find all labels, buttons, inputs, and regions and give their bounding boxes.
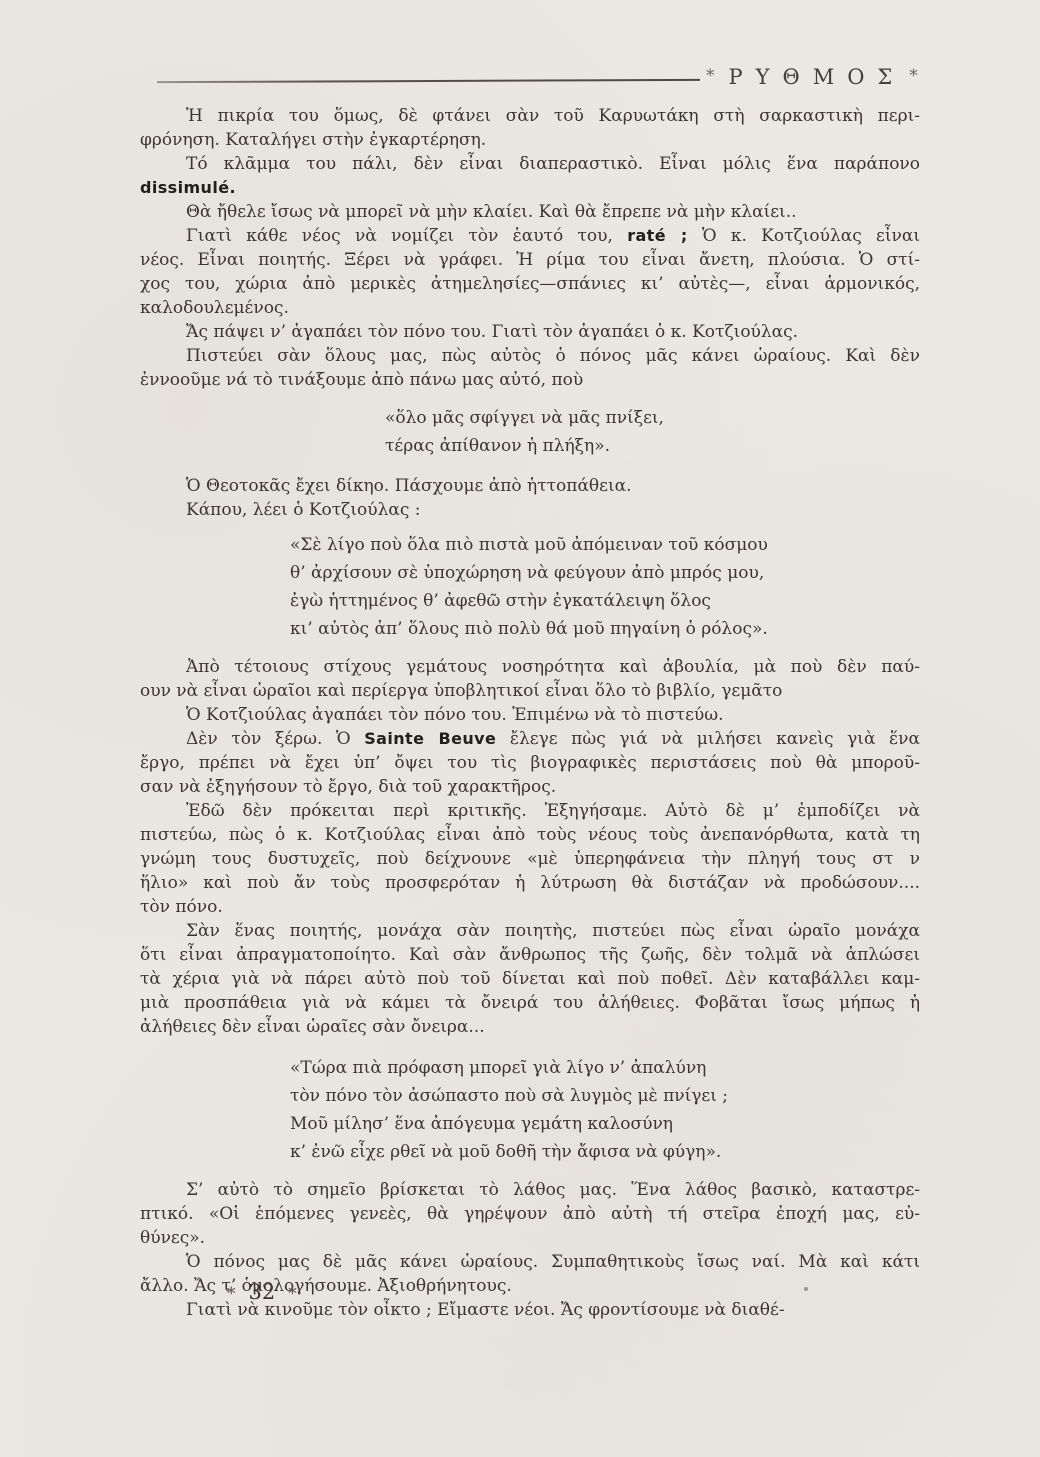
verse-block: «ὅλο μᾶς σφίγγει νὰ μᾶς πνίξει,τέρας ἀπί… bbox=[385, 404, 920, 460]
text-line: ουν νὰ εἶναι ὡραῖοι καὶ περίεργα ὑποβλητ… bbox=[140, 679, 920, 703]
bold-text-run: raté ; bbox=[627, 226, 687, 245]
text-run: ἀλήθειες δὲν εἶναι ὡραῖες σὰν ὄνειρα... bbox=[140, 1017, 485, 1037]
text-run: ἥλιο» καὶ ποὺ ἄν τοὺς προσφερόταν ἡ λύτρ… bbox=[140, 873, 920, 893]
text-line: ἔργο, πρέπει νὰ ἔχει ὑπ’ ὄψει του τὶς βι… bbox=[140, 751, 920, 775]
page-number: 32 bbox=[249, 1280, 276, 1304]
text-line: σαν νὰ ἐξηγήσουν τὸ ἔργο, διὰ τοῦ χαρακτ… bbox=[140, 775, 920, 799]
masthead-star-right: * bbox=[909, 66, 918, 86]
text-line: γνώμη τους δυστυχεῖς, ποὺ δείχνουνε «μὲ … bbox=[140, 847, 920, 871]
text-line: φρόνηση. Καταλήγει στὴν ἐγκαρτέρηση. bbox=[140, 128, 920, 152]
journal-title: ΡΥΘΜΟΣ bbox=[729, 65, 906, 89]
journal-masthead: * ΡΥΘΜΟΣ * bbox=[706, 62, 918, 92]
paragraph: Ὁ Θεοτοκᾶς ἔχει δίκηο. Πάσχουμε ἀπὸ ἡττο… bbox=[140, 474, 920, 498]
text-run: νέος. Εἶναι ποιητής. Ξέρει νὰ γράφει. Ἡ … bbox=[140, 250, 920, 270]
paragraph: Γιατὶ κάθε νέος νὰ νομίζει τὸν ἑαυτό του… bbox=[140, 224, 920, 320]
text-line: ὅτι εἶναι ἀπραγματοποίητο. Καὶ σὰν ἄνθρω… bbox=[140, 943, 920, 967]
paragraph: Ἡ πικρία του ὅμως, δὲ φτάνει σὰν τοῦ Καρ… bbox=[140, 104, 920, 152]
bold-text-run: Sainte Beuve bbox=[364, 729, 496, 748]
text-line: τὰ χέρια γιὰ νὰ πάρει αὐτὸ ποὺ τοῦ δίνετ… bbox=[140, 967, 920, 991]
text-line: μιὰ προσπάθεια γιὰ νὰ κάμει τὰ ὄνειρά το… bbox=[140, 991, 920, 1015]
text-line: Ἡ πικρία του ὅμως, δὲ φτάνει σὰν τοῦ Καρ… bbox=[140, 104, 920, 128]
text-run: σαν νὰ ἐξηγήσουν τὸ ἔργο, διὰ τοῦ χαρακτ… bbox=[140, 777, 556, 797]
text-run: ἐννοοῦμε νά τὸ τινάξουμε ἀπὸ πάνω μας αὐ… bbox=[140, 370, 583, 390]
text-line: Σ’ αὐτὸ τὸ σημεῖο βρίσκεται τὸ λάθος μας… bbox=[140, 1178, 920, 1202]
text-line: Ἄς πάψει ν’ ἀγαπάει τὸν πόνο του. Γιατὶ … bbox=[140, 320, 920, 344]
text-run: θύνες». bbox=[140, 1228, 205, 1248]
verse-line: «Τώρα πιὰ πρόφαση μπορεῖ γιὰ λίγο ν’ ἀπα… bbox=[290, 1054, 920, 1082]
text-run: ὅτι εἶναι ἀπραγματοποίητο. Καὶ σὰν ἄνθρω… bbox=[140, 945, 920, 965]
text-run: κ’ ἐνῶ εἶχε ρθεῖ νὰ μοῦ δοθῆ τὴν ἄφισα ν… bbox=[290, 1142, 721, 1162]
page-footer: * 32 * bbox=[227, 1280, 297, 1304]
scanned-page: * ΡΥΘΜΟΣ * Ἡ πικρία του ὅμως, δὲ φτάνει … bbox=[0, 0, 1040, 1457]
text-line: Θὰ ἤθελε ἴσως νὰ μπορεῖ νὰ μὴν κλαίει. Κ… bbox=[140, 200, 920, 224]
text-line: Κάπου, λέει ὁ Κοτζιούλας : bbox=[140, 498, 920, 522]
folio-star-right: * bbox=[288, 1284, 297, 1304]
paragraph: Δὲν τὸν ξέρω. Ὁ Sainte Beuve ἔλεγε πὼς γ… bbox=[140, 727, 920, 799]
paragraph: Θὰ ἤθελε ἴσως νὰ μπορεῖ νὰ μὴν κλαίει. Κ… bbox=[140, 200, 920, 224]
paragraph: Σὰν ἕνας ποιητής, μονάχα σὰν ποιητὴς, πι… bbox=[140, 919, 920, 1039]
text-line: χος του, χώρια ἀπὸ μερικὲς ἀτημελησίες—σ… bbox=[140, 272, 920, 296]
verse-block: «Τώρα πιὰ πρόφαση μπορεῖ γιὰ λίγο ν’ ἀπα… bbox=[290, 1054, 920, 1166]
text-run: χος του, χώρια ἀπὸ μερικὲς ἀτημελησίες—σ… bbox=[140, 274, 920, 294]
text-line: Τό κλᾶμμα του πάλι, δὲν εἶναι διαπεραστι… bbox=[140, 152, 920, 176]
text-line: τὸν πόνο. bbox=[140, 895, 920, 919]
text-run: ἐγὼ ἡττημένος θ’ ἀφεθῶ στὴν ἐγκατάλειψη … bbox=[290, 591, 711, 611]
text-run: τὸν πόνο τὸν ἀσώπαστο ποὺ σὰ λυγμὸς μὲ π… bbox=[290, 1086, 728, 1106]
text-line: ἥλιο» καὶ ποὺ ἄν τοὺς προσφερόταν ἡ λύτρ… bbox=[140, 871, 920, 895]
text-run: πιστεύω, πὼς ὁ κ. Κοτζιούλας εἶναι ἀπὸ τ… bbox=[140, 825, 920, 845]
text-run: «ὅλο μᾶς σφίγγει νὰ μᾶς πνίξει, bbox=[385, 408, 664, 428]
verse-line: κ’ ἐνῶ εἶχε ρθεῖ νὰ μοῦ δοθῆ τὴν ἄφισα ν… bbox=[290, 1138, 920, 1166]
text-line: Γιατὶ κάθε νέος νὰ νομίζει τὸν ἑαυτό του… bbox=[140, 224, 920, 248]
verse-line: Μοῦ μίλησ’ ἕνα ἀπόγευμα γεμάτη καλοσύνη bbox=[290, 1110, 920, 1138]
scan-speck bbox=[804, 1287, 808, 1291]
text-line: καλοδουλεμένος. bbox=[140, 296, 920, 320]
paragraph: Ἀπὸ τέτοιους στίχους γεμάτους νοσηρότητα… bbox=[140, 655, 920, 703]
header-rule bbox=[157, 79, 700, 83]
text-run: Πιστεύει σὰν ὅλους μας, πὼς αὐτὸς ὁ πόνο… bbox=[186, 346, 920, 366]
text-line: Ὁ Θεοτοκᾶς ἔχει δίκηο. Πάσχουμε ἀπὸ ἡττο… bbox=[140, 474, 920, 498]
text-line: Ὁ πόνος μας δὲ μᾶς κάνει ὡραίους. Συμπαθ… bbox=[140, 1250, 920, 1274]
verse-line: ἐγὼ ἡττημένος θ’ ἀφεθῶ στὴν ἐγκατάλειψη … bbox=[290, 587, 920, 615]
paragraph: Ἐδῶ δὲν πρόκειται περὶ κριτικῆς. Ἐξηγήσα… bbox=[140, 799, 920, 919]
text-line: θύνες». bbox=[140, 1226, 920, 1250]
text-run: Δὲν τὸν ξέρω. Ὁ bbox=[186, 729, 364, 749]
text-run: πτικό. «Οἱ ἑπόμενες γενεὲς, θὰ γηρέψουν … bbox=[140, 1204, 920, 1224]
verse-line: «Σὲ λίγο ποὺ ὅλα πιὸ πιστὰ μοῦ ἀπόμειναν… bbox=[290, 531, 920, 559]
text-line: ἀλήθειες δὲν εἶναι ὡραῖες σὰν ὄνειρα... bbox=[140, 1015, 920, 1039]
text-line: πτικό. «Οἱ ἑπόμενες γενεὲς, θὰ γηρέψουν … bbox=[140, 1202, 920, 1226]
verse-line: κι’ αὐτὸς ἀπ’ ὅλους πιὸ πολὺ θά μοῦ πηγα… bbox=[290, 615, 920, 643]
text-run: Κάπου, λέει ὁ Κοτζιούλας : bbox=[186, 500, 421, 520]
text-run: ουν νὰ εἶναι ὡραῖοι καὶ περίεργα ὑποβλητ… bbox=[140, 681, 782, 701]
text-line: Ὁ Κοτζιούλας ἀγαπάει τὸν πόνο του. Ἐπιμέ… bbox=[140, 703, 920, 727]
text-run: κι’ αὐτὸς ἀπ’ ὅλους πιὸ πολὺ θά μοῦ πηγα… bbox=[290, 619, 768, 639]
text-run: φρόνηση. Καταλήγει στὴν ἐγκαρτέρηση. bbox=[140, 130, 486, 150]
text-run: γνώμη τους δυστυχεῖς, ποὺ δείχνουνε «μὲ … bbox=[140, 849, 920, 869]
verse-line: τὸν πόνο τὸν ἀσώπαστο ποὺ σὰ λυγμὸς μὲ π… bbox=[290, 1082, 920, 1110]
verse-line: θ’ ἀρχίσουν σὲ ὑποχώρηση νὰ φεύγουν ἀπὸ … bbox=[290, 559, 920, 587]
paragraph: Σ’ αὐτὸ τὸ σημεῖο βρίσκεται τὸ λάθος μας… bbox=[140, 1178, 920, 1250]
folio-star-left: * bbox=[227, 1284, 236, 1304]
text-line: Ἐδῶ δὲν πρόκειται περὶ κριτικῆς. Ἐξηγήσα… bbox=[140, 799, 920, 823]
text-run: Ἐδῶ δὲν πρόκειται περὶ κριτικῆς. Ἐξηγήσα… bbox=[186, 801, 920, 821]
text-line: πιστεύω, πὼς ὁ κ. Κοτζιούλας εἶναι ἀπὸ τ… bbox=[140, 823, 920, 847]
text-run: μιὰ προσπάθεια γιὰ νὰ κάμει τὰ ὄνειρά το… bbox=[140, 993, 920, 1013]
text-line: dissimulé. bbox=[140, 176, 920, 200]
text-run: Ὁ Θεοτοκᾶς ἔχει δίκηο. Πάσχουμε ἀπὸ ἡττο… bbox=[186, 476, 632, 496]
verse-line: «ὅλο μᾶς σφίγγει νὰ μᾶς πνίξει, bbox=[385, 404, 920, 432]
text-run: Ἀπὸ τέτοιους στίχους γεμάτους νοσηρότητα… bbox=[186, 657, 920, 677]
bold-text-run: dissimulé. bbox=[140, 178, 236, 197]
text-run: ἄλλο. Ἄς τ’ ὁμολογήσουμε. Ἀξιοθρήνητους. bbox=[140, 1276, 512, 1296]
text-run: «Σὲ λίγο ποὺ ὅλα πιὸ πιστὰ μοῦ ἀπόμειναν… bbox=[290, 535, 768, 555]
text-run: τὸν πόνο. bbox=[140, 897, 223, 917]
paragraph: Κάπου, λέει ὁ Κοτζιούλας : bbox=[140, 498, 920, 522]
text-run: τέρας ἀπίθανον ἡ πλήξη». bbox=[385, 436, 610, 456]
verse-line: τέρας ἀπίθανον ἡ πλήξη». bbox=[385, 432, 920, 460]
text-run: Μοῦ μίλησ’ ἕνα ἀπόγευμα γεμάτη καλοσύνη bbox=[290, 1114, 673, 1134]
paragraph: Πιστεύει σὰν ὅλους μας, πὼς αὐτὸς ὁ πόνο… bbox=[140, 344, 920, 392]
text-run: καλοδουλεμένος. bbox=[140, 298, 289, 318]
text-line: ἐννοοῦμε νά τὸ τινάξουμε ἀπὸ πάνω μας αὐ… bbox=[140, 368, 920, 392]
text-run: θ’ ἀρχίσουν σὲ ὑποχώρηση νὰ φεύγουν ἀπὸ … bbox=[290, 563, 764, 583]
text-line: Πιστεύει σὰν ὅλους μας, πὼς αὐτὸς ὁ πόνο… bbox=[140, 344, 920, 368]
text-run: τὰ χέρια γιὰ νὰ πάρει αὐτὸ ποὺ τοῦ δίνετ… bbox=[140, 969, 920, 989]
text-run: Ὁ Κοτζιούλας ἀγαπάει τὸν πόνο του. Ἐπιμέ… bbox=[186, 705, 723, 725]
text-run: Ὁ πόνος μας δὲ μᾶς κάνει ὡραίους. Συμπαθ… bbox=[186, 1252, 920, 1272]
text-line: νέος. Εἶναι ποιητής. Ξέρει νὰ γράφει. Ἡ … bbox=[140, 248, 920, 272]
text-run: ἔλεγε πὼς γιά νὰ μιλήσει κανεὶς γιὰ ἕνα bbox=[496, 729, 920, 749]
text-line: Δὲν τὸν ξέρω. Ὁ Sainte Beuve ἔλεγε πὼς γ… bbox=[140, 727, 920, 751]
paragraph: Ἄς πάψει ν’ ἀγαπάει τὸν πόνο του. Γιατὶ … bbox=[140, 320, 920, 344]
text-run: Σὰν ἕνας ποιητής, μονάχα σὰν ποιητὴς, πι… bbox=[186, 921, 920, 941]
text-line: Σὰν ἕνας ποιητής, μονάχα σὰν ποιητὴς, πι… bbox=[140, 919, 920, 943]
paragraph: Τό κλᾶμμα του πάλι, δὲν εἶναι διαπεραστι… bbox=[140, 152, 920, 200]
text-run: «Τώρα πιὰ πρόφαση μπορεῖ γιὰ λίγο ν’ ἀπα… bbox=[290, 1058, 706, 1078]
text-run: Ὁ κ. Κοτζιούλας εἶναι bbox=[688, 226, 920, 246]
text-line: Ἀπὸ τέτοιους στίχους γεμάτους νοσηρότητα… bbox=[140, 655, 920, 679]
text-run: Σ’ αὐτὸ τὸ σημεῖο βρίσκεται τὸ λάθος μας… bbox=[186, 1180, 920, 1200]
text-run: Ἄς πάψει ν’ ἀγαπάει τὸν πόνο του. Γιατὶ … bbox=[186, 322, 798, 342]
text-run: Ἡ πικρία του ὅμως, δὲ φτάνει σὰν τοῦ Καρ… bbox=[186, 106, 920, 126]
paragraph: Ὁ Κοτζιούλας ἀγαπάει τὸν πόνο του. Ἐπιμέ… bbox=[140, 703, 920, 727]
text-run: Γιατὶ κάθε νέος νὰ νομίζει τὸν ἑαυτό του… bbox=[186, 226, 627, 246]
text-run: ἔργο, πρέπει νὰ ἔχει ὑπ’ ὄψει του τὶς βι… bbox=[140, 753, 920, 773]
text-run: Τό κλᾶμμα του πάλι, δὲν εἶναι διαπεραστι… bbox=[186, 154, 920, 174]
article-body: Ἡ πικρία του ὅμως, δὲ φτάνει σὰν τοῦ Καρ… bbox=[140, 104, 920, 1322]
text-run: Θὰ ἤθελε ἴσως νὰ μπορεῖ νὰ μὴν κλαίει. Κ… bbox=[186, 202, 797, 222]
masthead-star-left: * bbox=[706, 66, 715, 86]
verse-block: «Σὲ λίγο ποὺ ὅλα πιὸ πιστὰ μοῦ ἀπόμειναν… bbox=[290, 531, 920, 643]
